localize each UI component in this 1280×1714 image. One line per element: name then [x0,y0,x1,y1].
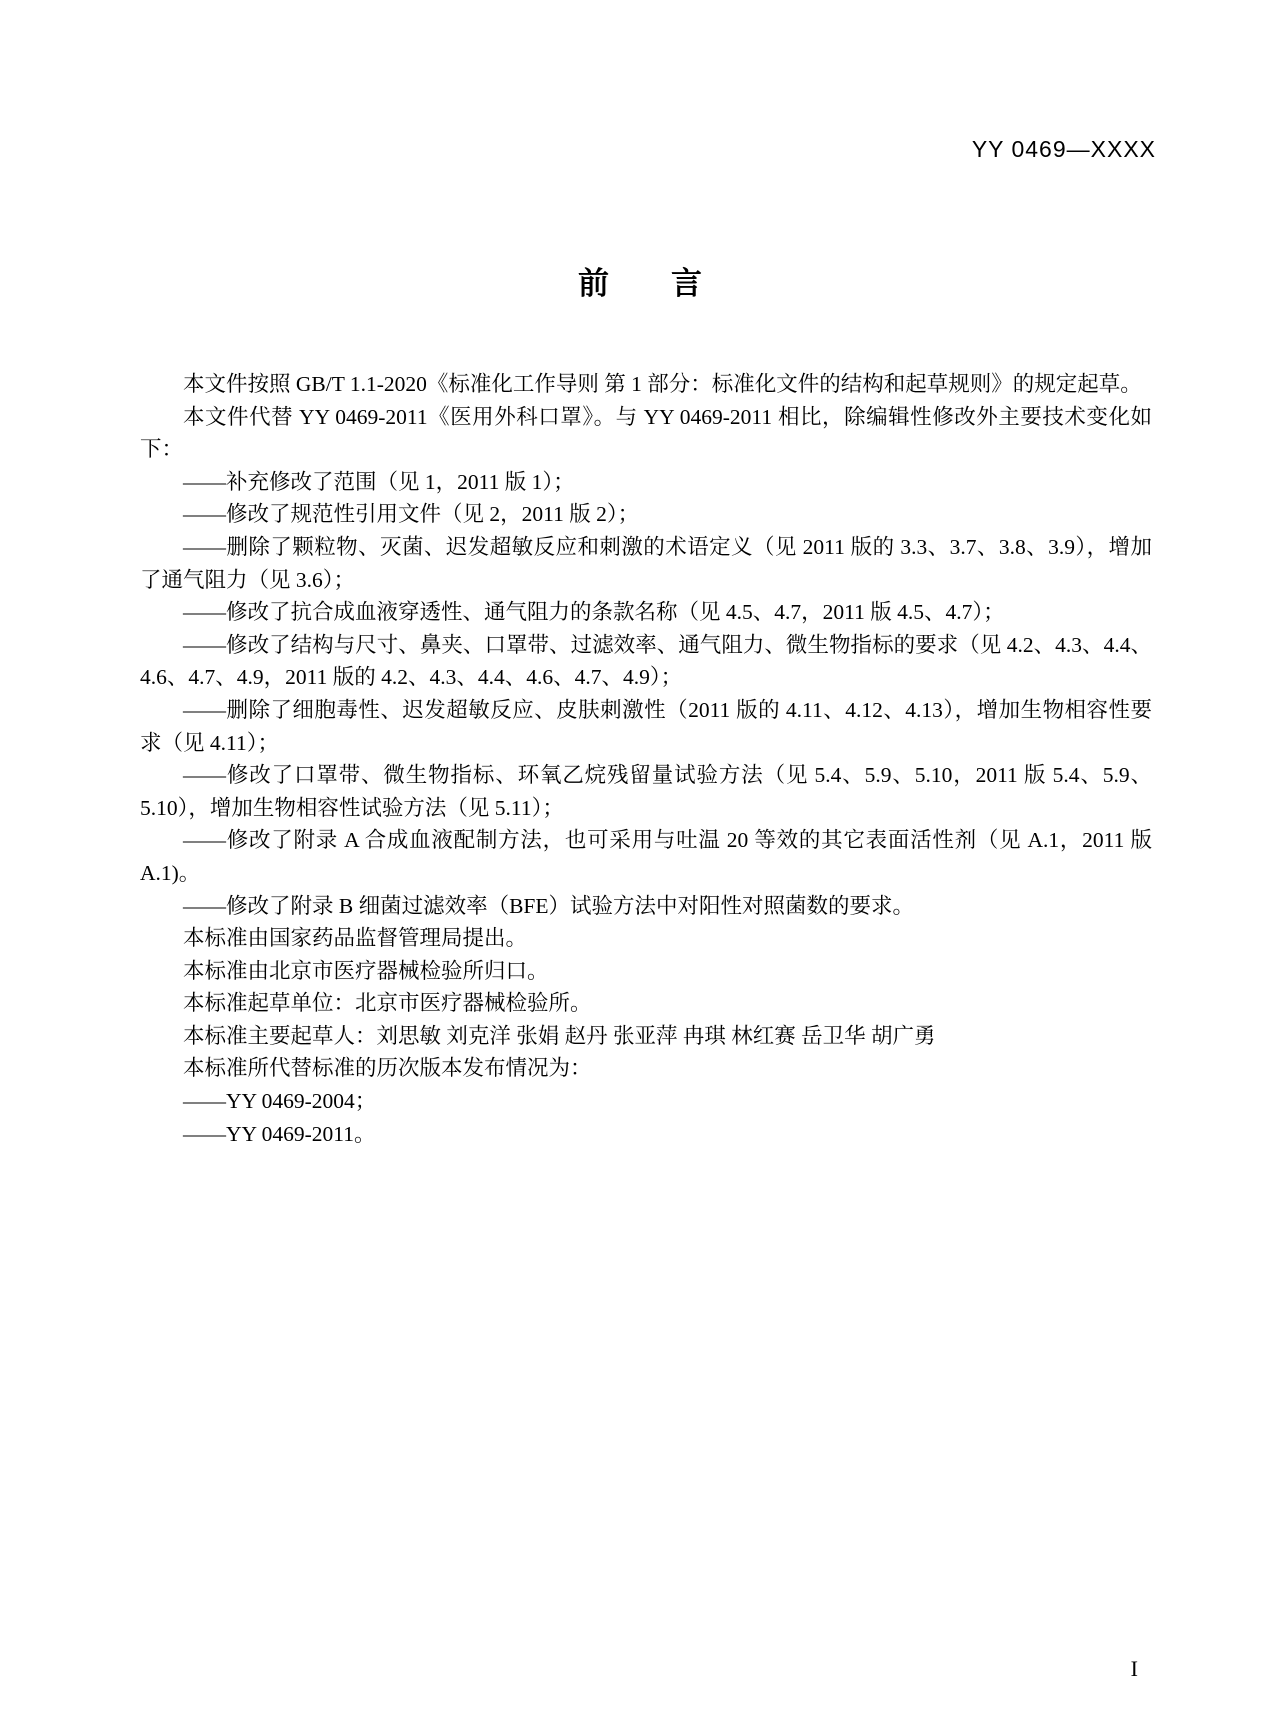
foreword-paragraph: 本标准起草单位：北京市医疗器械检验所。 [140,987,1152,1020]
foreword-paragraph: 本文件按照 GB/T 1.1-2020《标准化工作导则 第 1 部分：标准化文件… [140,368,1152,401]
document-page: YY 0469—XXXX 前 言 本文件按照 GB/T 1.1-2020《标准化… [0,0,1280,1714]
foreword-paragraph: ——修改了口罩带、微生物指标、环氧乙烷残留量试验方法（见 5.4、5.9、5.1… [140,759,1152,824]
foreword-paragraph: 本标准主要起草人：刘思敏 刘克洋 张娟 赵丹 张亚萍 冉琪 林红赛 岳卫华 胡广… [140,1020,1152,1053]
foreword-paragraph: ——修改了附录 B 细菌过滤效率（BFE）试验方法中对阳性对照菌数的要求。 [140,890,1152,923]
foreword-body: 本文件按照 GB/T 1.1-2020《标准化工作导则 第 1 部分：标准化文件… [140,368,1152,1150]
foreword-paragraph: ——修改了规范性引用文件（见 2，2011 版 2）； [140,498,1152,531]
standard-number: YY 0469—XXXX [972,136,1156,162]
foreword-paragraph: ——YY 0469-2004； [140,1085,1152,1118]
foreword-paragraph: ——修改了抗合成血液穿透性、通气阻力的条款名称（见 4.5、4.7，2011 版… [140,596,1152,629]
foreword-paragraph: ——修改了附录 A 合成血液配制方法，也可采用与吐温 20 等效的其它表面活性剂… [140,824,1152,889]
foreword-paragraph: 本标准所代替标准的历次版本发布情况为： [140,1052,1152,1085]
foreword-paragraph: ——修改了结构与尺寸、鼻夹、口罩带、过滤效率、通气阻力、微生物指标的要求（见 4… [140,629,1152,694]
foreword-paragraph: ——补充修改了范围（见 1，2011 版 1）； [140,466,1152,499]
page-footer: I [140,1656,1138,1682]
foreword-paragraph: 本文件代替 YY 0469-2011《医用外科口罩》。与 YY 0469-201… [140,401,1152,466]
page-number: I [1131,1656,1138,1681]
foreword-paragraph: 本标准由北京市医疗器械检验所归口。 [140,955,1152,988]
foreword-paragraph: 本标准由国家药品监督管理局提出。 [140,922,1152,955]
foreword-paragraph: ——删除了颗粒物、灭菌、迟发超敏反应和刺激的术语定义（见 2011 版的 3.3… [140,531,1152,596]
document-header: YY 0469—XXXX [140,136,1156,163]
page-title: 前 言 [0,258,1280,303]
foreword-paragraph: ——删除了细胞毒性、迟发超敏反应、皮肤刺激性（2011 版的 4.11、4.12… [140,694,1152,759]
foreword-paragraph: ——YY 0469-2011。 [140,1118,1152,1151]
